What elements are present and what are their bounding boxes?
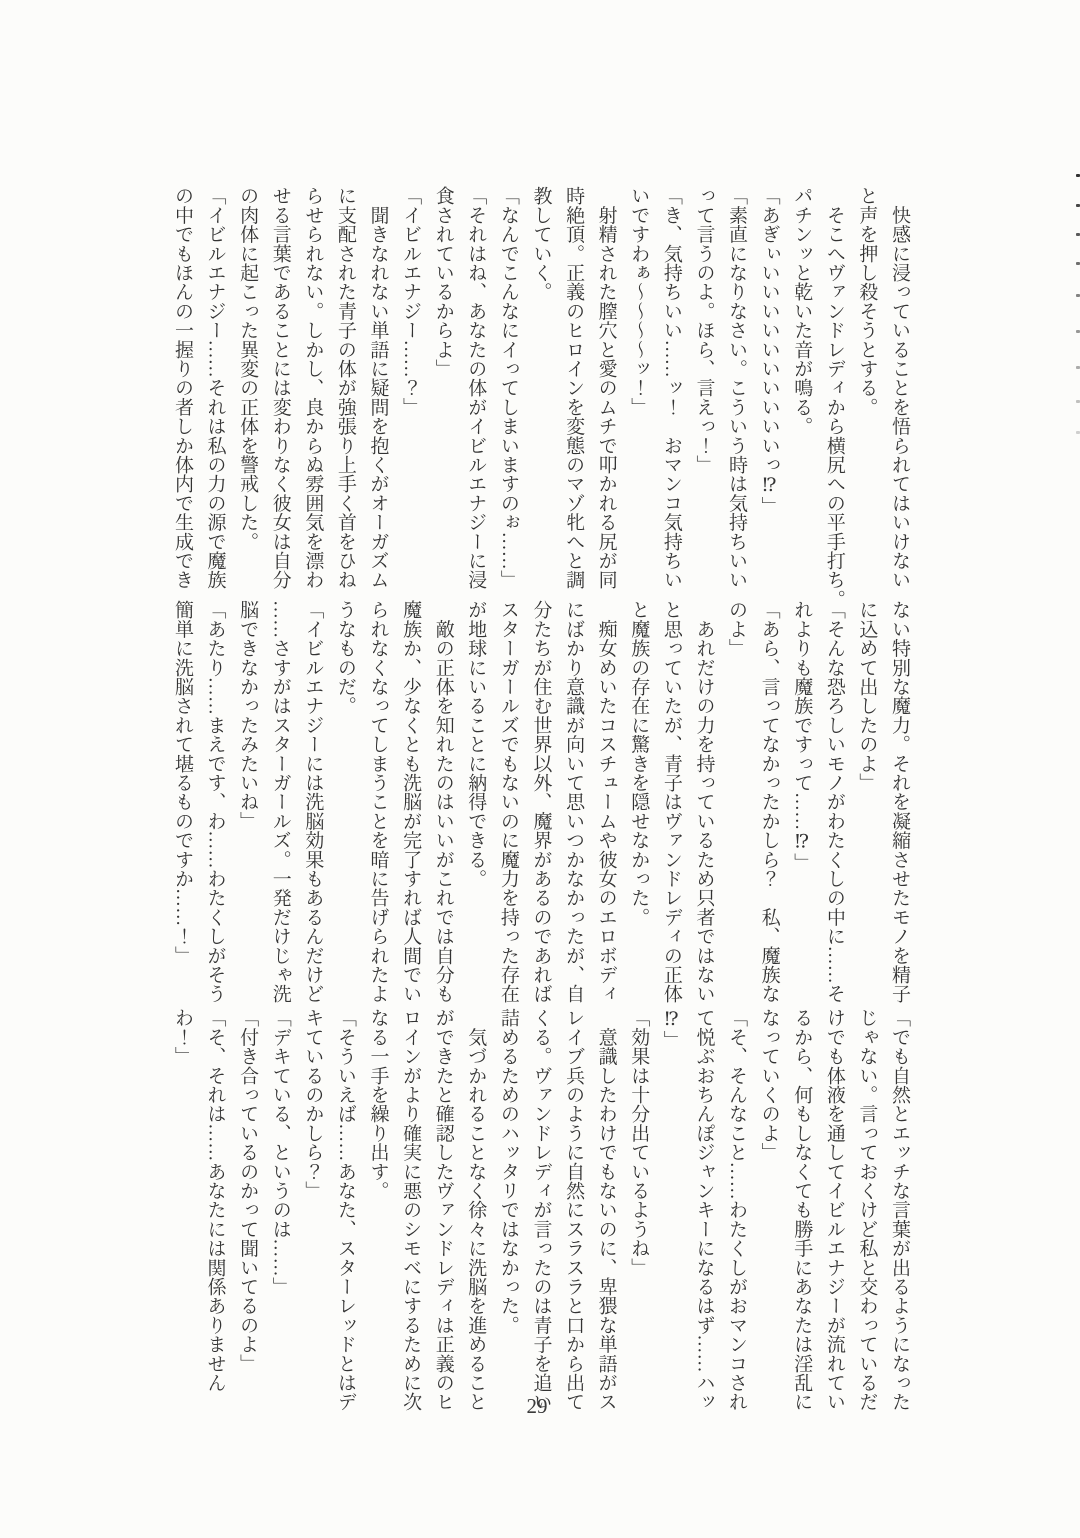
scan-artifact-speck [1076,204,1080,207]
text-column: レイブ兵のように自然にスラスラと口から出て [556,1008,589,1440]
text-column: 「き、気持ちいい……ッ！ おマンコ気持ちい [654,186,687,618]
text-column: と声を押し殺そうとする。 [850,186,883,618]
scan-artifact-speck [1076,174,1080,177]
text-column: スターガールズでもないのに魔力を持った存在 [491,600,524,1032]
text-column: けでも体液を通してイビルエナジーが流れてい [817,1008,850,1440]
text-column: ない特別な魔力。それを凝縮させたモノを精子 [882,600,915,1032]
scan-artifact-speck [1076,366,1080,369]
text-column: のよ」 [719,600,752,1032]
text-column: パチンッと乾いた音が鳴る。 [785,186,818,618]
text-column: 「イビルエナジー……？」 [394,186,427,618]
text-column: あれだけの力を持っているため只者ではない [687,600,720,1032]
text-column: れよりも魔族ですって……⁉」 [785,600,818,1032]
text-column: 分たちが住む世界以外、魔界があるのであれば [524,600,557,1032]
scan-artifact-speck [1076,330,1080,333]
text-column: 「付き合っているのかって聞いてるのよ」 [231,1008,264,1440]
text-column: ができたと確認したヴァンドレディは正義のヒ [426,1008,459,1440]
text-column: 「それはね、あなたの体がイビルエナジーに浸 [459,186,492,618]
text-column: 教していく。 [524,186,557,618]
text-column: 「そ、そんなこと……わたくしがおマンコされ [719,1008,752,1440]
text-column: が地球にいることに納得できる。 [459,600,492,1032]
text-column: 「あぎぃいいいいいいいいいいっ⁉」 [752,186,785,618]
text-column: るから、何もしなくても勝手にあなたは淫乱に [785,1008,818,1440]
text-column: 簡単に洗脳されて堪るものですか……！」 [165,600,198,1032]
page-number: 29 [507,1394,567,1419]
text-column: 敵の正体を知れたのはいいがこれでは自分も [426,600,459,1032]
scan-artifact-speck [1076,262,1080,265]
text-column: の中でもほんの一握りの者しか体内で生成でき [165,186,198,618]
text-column: 魔族か、少なくとも洗脳が完了すれば人間でい [394,600,427,1032]
text-block-top: 快感に浸っていることを悟られてはいけないと声を押し殺そうとする。 そこへヴァンド… [165,186,915,618]
text-block-middle: ない特別な魔力。それを凝縮させたモノを精子に込めて出したのよ」「そんな恐ろしいモ… [165,600,915,1032]
text-column: ⁉」 [654,1008,687,1440]
text-column: 食されているからよ」 [426,186,459,618]
text-column: に支配された青子の体が強張り上手く首をひね [328,186,361,618]
text-column: 「あら、言ってなかったかしら？ 私、魔族な [752,600,785,1032]
text-column: ……さすがはスターガールズ。一発だけじゃ洗 [263,600,296,1032]
text-column: なっていくのよ」 [752,1008,785,1440]
text-column: いですわぁ〜〜〜〜ッ！」 [622,186,655,618]
text-column: 「イビルエナジーには洗脳効果もあるんだけど [296,600,329,1032]
text-column: 快感に浸っていることを悟られてはいけない [882,186,915,618]
scan-artifact-speck [1076,400,1080,403]
text-column: 意識したわけでもないのに、卑猥な単語がス [589,1008,622,1440]
text-column: って言うのよ。ほら、言えっ！」 [687,186,720,618]
text-column: せる言葉であることには変わりなく彼女は自分 [263,186,296,618]
text-column: そこへヴァンドレディから横尻への平手打ち。 [817,186,850,618]
text-column: に込めて出したのよ」 [850,600,883,1032]
text-column: 「そういえば……あなた、スターレッドとはデ [328,1008,361,1440]
text-column: 「なんでこんなにイってしまいますのぉ……」 [491,186,524,618]
text-column: 詰めるためのハッタリではなかった。 [491,1008,524,1440]
scan-artifact-speck [1076,294,1080,297]
text-column: うなものだ。 [328,600,361,1032]
text-column: なる一手を繰り出す。 [361,1008,394,1440]
text-column: の肉体に起こった異変の正体を警戒した。 [231,186,264,618]
text-column: 「デキている、というのは……」 [263,1008,296,1440]
text-column: 聞きなれない単語に疑問を抱くがオーガズム [361,186,394,618]
text-column: 「でも自然とエッチな言葉が出るようになった [882,1008,915,1440]
text-column: 「効果は十分出ているようね」 [622,1008,655,1440]
text-column: キているのかしら？」 [296,1008,329,1440]
scan-artifact-speck [1076,431,1080,434]
text-column: て悦ぶおちんぽジャンキーになるはず……ハッ [687,1008,720,1440]
text-column: 「あたり……まえです、わ……わたくしがそう [198,600,231,1032]
scan-artifact-speck [1076,233,1080,236]
text-column: 「そ、それは……あなたには関係ありません [198,1008,231,1440]
text-block-bottom: 「でも自然とエッチな言葉が出るようになったじゃない。言っておくけど私と交わってい… [165,1008,915,1440]
text-column: 「素直になりなさい。こういう時は気持ちいい [719,186,752,618]
text-column: 射精された膣穴と愛のムチで叩かれる尻が同 [589,186,622,618]
text-column: にばかり意識が向いて思いつかなかったが、自 [556,600,589,1032]
text-column: らせられない。しかし、良からぬ雰囲気を漂わ [296,186,329,618]
text-column: られなくなってしまうことを暗に告げられたよ [361,600,394,1032]
text-column: 時絶頂。正義のヒロインを変態のマゾ牝へと調 [556,186,589,618]
text-column: と思っていたが、青子はヴァンドレディの正体 [654,600,687,1032]
text-column: 痴女めいたコスチュームや彼女のエロボディ [589,600,622,1032]
text-column: 「そんな恐ろしいモノがわたくしの中に……そ [817,600,850,1032]
text-column: くる。ヴァンドレディが言ったのは青子を追い [524,1008,557,1440]
text-column: じゃない。言っておくけど私と交わっているだ [850,1008,883,1440]
text-column: ロインがより確実に悪のシモベにするために次 [394,1008,427,1440]
novel-page: 快感に浸っていることを悟られてはいけないと声を押し殺そうとする。 そこへヴァンド… [0,0,1080,1538]
text-column: 「イビルエナジー……それは私の力の源で魔族 [198,186,231,618]
text-column: 気づかれることなく徐々に洗脳を進めること [459,1008,492,1440]
text-column: わ！」 [165,1008,198,1440]
text-column: 脳できなかったみたいね」 [231,600,264,1032]
text-column: と魔族の存在に驚きを隠せなかった。 [622,600,655,1032]
